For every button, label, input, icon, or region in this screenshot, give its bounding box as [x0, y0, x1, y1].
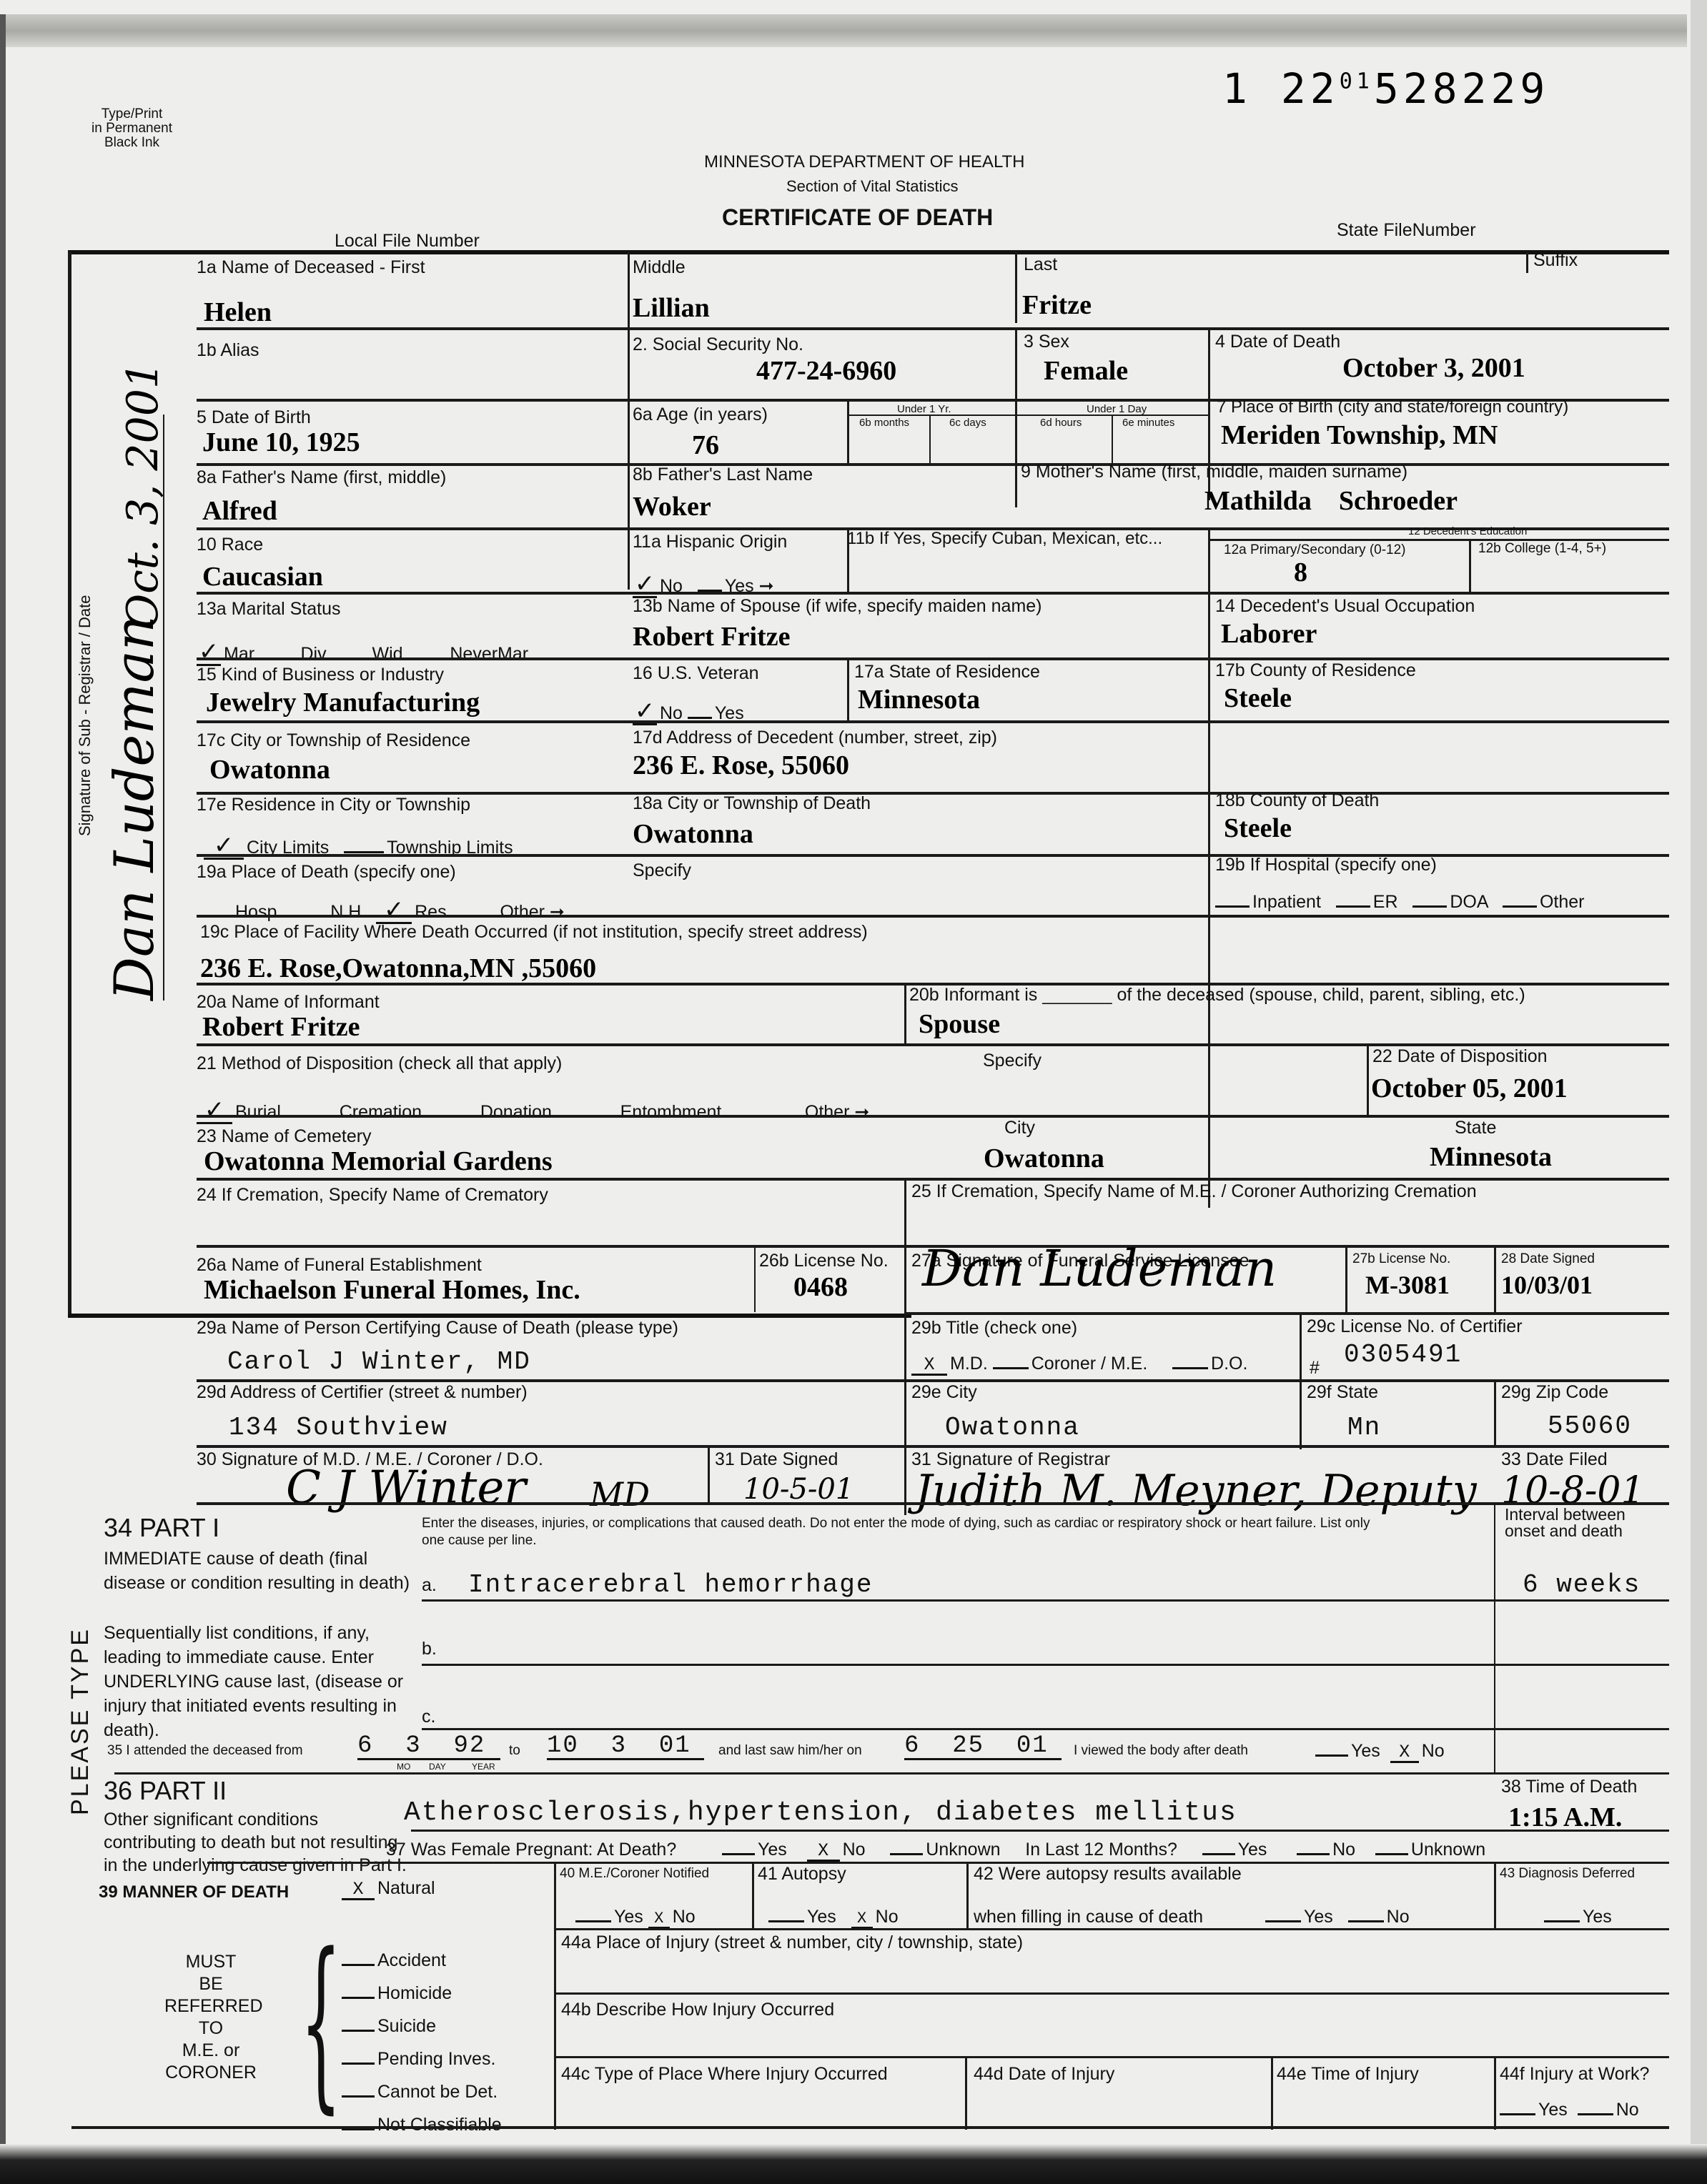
informant-name-field[interactable]: Robert Fritze — [202, 1013, 360, 1041]
f19c-label: 19c Place of Facility Where Death Occurr… — [200, 923, 868, 941]
f8a-label: 8a Father's Name (first, middle) — [197, 469, 446, 487]
f24-label: 24 If Cremation, Specify Name of Cremato… — [197, 1186, 548, 1204]
date-part: 6 — [904, 1732, 920, 1759]
certifier-address-field[interactable]: 134 Southview — [229, 1415, 448, 1441]
f29f-label: 29f State — [1307, 1384, 1378, 1401]
f44f-label: 44f Injury at Work? — [1500, 2065, 1649, 2083]
option-label: Unknown — [1411, 1840, 1485, 1860]
doa-checkbox[interactable] — [1412, 905, 1447, 908]
part-two-title: 36 PART II — [104, 1778, 227, 1804]
hours-label: 6d hours — [1040, 417, 1082, 428]
option-label: Unknown — [926, 1840, 1000, 1860]
natural-checkbox[interactable]: X — [342, 1880, 375, 1900]
viewed-body-label: I viewed the body after death — [1074, 1744, 1248, 1757]
f40-label: 40 M.E./Coroner Notified — [560, 1867, 709, 1880]
f9-label: 9 Mother's Name (first, middle, maiden s… — [1021, 463, 1407, 481]
middle-label: Middle — [633, 259, 686, 277]
option-label: Div. — [300, 644, 330, 664]
work-yes-checkbox[interactable] — [1500, 2113, 1535, 2115]
pregnancy-options: Yes XNo Unknown In Last 12 Months? Yes N… — [722, 1841, 1485, 1862]
f13b-label: 13b Name of Spouse (if wife, specify mai… — [633, 597, 1042, 615]
f38-label: 38 Time of Death — [1501, 1778, 1637, 1796]
f14-label: 14 Decedent's Usual Occupation — [1215, 597, 1475, 615]
state-file-number-label: State FileNumber — [1337, 222, 1476, 239]
time-of-death-field[interactable]: 1:15 A.M. — [1508, 1804, 1622, 1831]
attended-label: 35 I attended the deceased from — [107, 1744, 303, 1757]
f25-label: 25 If Cremation, Specify Name of M.E. / … — [911, 1183, 1477, 1201]
row-line — [197, 854, 1669, 857]
do-checkbox[interactable] — [1172, 1367, 1208, 1369]
f41-label: 41 Autopsy — [758, 1865, 846, 1883]
last12-no-checkbox[interactable] — [1297, 1853, 1330, 1855]
f29a-label: 29a Name of Person Certifying Cause of D… — [197, 1319, 678, 1337]
suffix-label: Suffix — [1533, 252, 1578, 269]
divider — [1494, 2056, 1496, 2130]
injury-at-work-options: Yes No — [1500, 2101, 1639, 2119]
certifier-name-field[interactable]: Carol J Winter, MD — [227, 1349, 531, 1375]
f44b-label: 44b Describe How Injury Occurred — [561, 2001, 834, 2019]
state-of-residence-field[interactable]: Minnesota — [858, 686, 980, 713]
f26a-label: 26a Name of Funeral Establishment — [197, 1256, 482, 1274]
f44d-label: 44d Date of Injury — [974, 2065, 1114, 2083]
local-file-number-label: Local File Number — [335, 232, 480, 250]
option-label: Yes — [614, 1907, 643, 1927]
date-part: 3 — [405, 1732, 421, 1759]
f20a-label: 20a Name of Informant — [197, 993, 380, 1011]
option-label: Other — [805, 1102, 850, 1122]
f13a-label: 13a Marital Status — [197, 600, 341, 618]
option-label: Mar. — [224, 644, 259, 664]
instruction-line: Type/Print — [91, 107, 172, 121]
hospital-options: Inpatient ER DOA Other — [1215, 893, 1585, 911]
f44a-label: 44a Place of Injury (street & number, ci… — [561, 1934, 1023, 1952]
under-1yr-label: Under 1 Yr. — [897, 404, 951, 415]
autopsy-results-options: Yes No — [1265, 1908, 1410, 1926]
divider — [1494, 1381, 1496, 1447]
f11a-label: 11a Hispanic Origin — [633, 533, 787, 551]
other-conditions-field[interactable]: Atherosclerosis,hypertension, diabetes m… — [404, 1800, 1237, 1827]
part-one-immediate-desc: IMMEDIATE cause of death (final disease … — [104, 1547, 418, 1595]
autopsy-results-sub: when filling in cause of death — [974, 1908, 1203, 1926]
option-label: Cremation — [340, 1102, 422, 1122]
brace-icon: { — [300, 1930, 342, 2115]
divider — [847, 400, 849, 465]
option-label: Donation — [480, 1102, 552, 1122]
coroner-yes-checkbox[interactable] — [575, 1920, 611, 1922]
f12a-label: 12a Primary/Secondary (0-12) — [1224, 543, 1406, 557]
cemetery-name-field[interactable]: Owatonna Memorial Gardens — [204, 1148, 553, 1175]
f19a-label: 19a Place of Death (specify one) — [197, 863, 456, 881]
row-line — [554, 1928, 1669, 1930]
spouse-name-field[interactable]: Robert Fritze — [633, 623, 791, 650]
age-field[interactable]: 76 — [692, 432, 719, 459]
under-1day-label: Under 1 Day — [1087, 404, 1147, 415]
f16-label: 16 U.S. Veteran — [633, 665, 759, 682]
divider — [1015, 329, 1017, 507]
last-name-field[interactable]: Fritze — [1022, 292, 1092, 319]
option-label: D.O. — [1211, 1354, 1247, 1374]
option-label: Other — [500, 902, 545, 922]
cannot-determine-checkbox[interactable] — [342, 2095, 375, 2098]
date-part: 25 — [952, 1732, 984, 1759]
row-line — [411, 1830, 1494, 1832]
middle-name-field[interactable]: Lillian — [633, 294, 710, 322]
title-options: XM.D. Coroner / M.E. D.O. — [911, 1355, 1247, 1376]
f29d-label: 29d Address of Certifier (street & numbe… — [197, 1384, 528, 1401]
to-label: to — [509, 1744, 520, 1757]
f26b-label: 26b License No. — [759, 1252, 889, 1270]
option-label: Yes — [1351, 1741, 1380, 1761]
instruction-line: Black Ink — [91, 136, 172, 150]
row-line — [197, 915, 1669, 918]
f5-label: 5 Date of Birth — [197, 409, 311, 427]
f29g-label: 29g Zip Code — [1501, 1384, 1608, 1401]
date-of-death-field[interactable]: October 3, 2001 — [1342, 354, 1525, 382]
page-title: CERTIFICATE OF DEATH — [722, 204, 993, 231]
f2-label: 2. Social Security No. — [633, 336, 803, 354]
cause-a-field[interactable]: Intracerebral hemorrhage — [468, 1572, 873, 1598]
viewed-body-options: Yes XNo — [1315, 1742, 1445, 1763]
informant-relationship-field[interactable]: Spouse — [919, 1011, 1000, 1038]
divider — [628, 329, 630, 590]
f17b-label: 17b County of Residence — [1215, 662, 1416, 680]
divider — [965, 2056, 967, 2130]
f28-label: 28 Date Signed — [1501, 1252, 1595, 1266]
form-left-border — [68, 252, 71, 1316]
divider — [1469, 539, 1471, 593]
f7-label: 7 Place of Birth (city and state/foreign… — [1217, 399, 1568, 416]
occupation-field[interactable]: Laborer — [1221, 620, 1317, 647]
referral-note: MUST BE REFERRED TO M.E. or CORONER — [164, 1951, 257, 2084]
option-label: Hosp. — [235, 902, 282, 922]
pregnant-unknown-checkbox[interactable] — [890, 1853, 923, 1855]
divider — [1271, 2056, 1273, 2130]
form-bottom-line — [71, 2126, 1669, 2129]
arrow-right-icon: ➞ — [550, 902, 565, 922]
last-saw-field[interactable]: 6 25 01 — [904, 1734, 1062, 1760]
option-label: Inpatient — [1252, 892, 1321, 912]
row-line — [197, 592, 1669, 595]
city-of-death-field[interactable]: Owatonna — [633, 820, 753, 848]
last-label: Last — [1024, 256, 1057, 274]
divider — [1494, 1862, 1496, 1930]
part-one-sequential-desc: Sequentially list conditions, if any, le… — [104, 1621, 418, 1742]
divider — [1112, 416, 1113, 465]
inpatient-checkbox[interactable] — [1215, 905, 1250, 908]
suicide-checkbox[interactable] — [342, 2030, 375, 2032]
business-industry-field[interactable]: Jewelry Manufacturing — [206, 689, 480, 716]
arrow-right-icon: ➞ — [854, 1102, 869, 1122]
divider — [1494, 1247, 1496, 1312]
autopsy-no-checkbox[interactable]: X — [851, 1911, 873, 1929]
work-no-checkbox[interactable] — [1578, 2113, 1613, 2115]
part-one-title: 34 PART I — [104, 1515, 219, 1541]
row-line — [197, 1178, 1669, 1181]
results-no-checkbox[interactable] — [1348, 1920, 1384, 1922]
f6a-label: 6a Age (in years) — [633, 406, 768, 424]
divider — [752, 1862, 754, 1930]
date-of-birth-field[interactable]: June 10, 1925 — [202, 429, 360, 456]
date-of-disposition-field[interactable]: October 05, 2001 — [1371, 1075, 1568, 1102]
f21-label: 21 Method of Disposition (check all that… — [197, 1055, 562, 1073]
divider — [904, 1179, 906, 1515]
referral-line: M.E. or — [164, 2040, 257, 2062]
disposition-options: ✓Burial Cremation Donation Entombment Ot… — [197, 1098, 869, 1124]
scan-edge-left — [0, 14, 6, 2184]
date-part: 01 — [659, 1732, 691, 1759]
burial-checkbox[interactable]: ✓ — [197, 1098, 232, 1124]
referral-line: CORONER — [164, 2062, 257, 2084]
f19a-specify-label: Specify — [633, 862, 691, 880]
referral-line: MUST — [164, 1951, 257, 1973]
f11b-label: 11b If Yes, Specify Cuban, Mexican, etc.… — [847, 530, 1162, 547]
minutes-label: 6e minutes — [1122, 417, 1174, 428]
f19b-label: 19b If Hospital (specify one) — [1215, 856, 1437, 874]
cause-a-letter: a. — [422, 1577, 437, 1594]
f43-label: 43 Diagnosis Deferred — [1500, 1867, 1635, 1880]
facility-address-field[interactable]: 236 E. Rose,Owatonna,MN ,55060 — [200, 955, 596, 982]
row-line — [554, 1992, 1669, 1995]
referral-line: REFERRED — [164, 1995, 257, 2017]
cemetery-state-label: State — [1455, 1119, 1496, 1137]
row-line — [197, 327, 1669, 330]
option-label: No — [1616, 2100, 1639, 2120]
divider — [628, 252, 630, 329]
funeral-licensee-signature: Dan Ludeman — [922, 1244, 1277, 1294]
veteran-yes-checkbox[interactable] — [688, 717, 712, 719]
option-label: Yes — [1238, 1840, 1267, 1860]
attended-to-field[interactable]: 10 3 01 — [547, 1734, 704, 1760]
row-line — [197, 1445, 1669, 1448]
f42-label: 42 Were autopsy results available — [974, 1865, 1242, 1883]
row-line — [1494, 1830, 1669, 1832]
f1b-label: 1b Alias — [197, 342, 259, 359]
viewed-yes-checkbox[interactable] — [1315, 1754, 1348, 1757]
coroner-checkbox[interactable] — [993, 1367, 1029, 1369]
place-of-birth-field[interactable]: Meriden Township, MN — [1221, 422, 1498, 449]
funeral-license-field[interactable]: 0468 — [793, 1274, 848, 1301]
f10-label: 10 Race — [197, 536, 263, 554]
option-label: Yes — [1583, 1907, 1612, 1927]
option-label: Res. — [415, 902, 451, 922]
divider — [708, 1445, 710, 1504]
row-line — [197, 1115, 1669, 1118]
sub-line — [847, 415, 1208, 416]
option-label: Yes — [1538, 2100, 1568, 2120]
option-label: Burial — [235, 1102, 281, 1122]
f17a-label: 17a State of Residence — [854, 663, 1040, 681]
date-part: 92 — [453, 1732, 485, 1759]
ssn-field[interactable]: 477-24-6960 — [756, 357, 896, 384]
certifier-date-signed: 10-5-01 — [743, 1475, 853, 1504]
option-label: No — [673, 1907, 696, 1927]
scan-shadow-top — [0, 14, 1687, 47]
option-label: Suicide — [377, 2016, 436, 2036]
township-limits-checkbox[interactable] — [344, 851, 384, 853]
certifier-city-field[interactable]: Owatonna — [945, 1415, 1080, 1441]
last12-unknown-checkbox[interactable] — [1375, 1853, 1408, 1855]
option-label: Cannot be Det. — [377, 2082, 498, 2102]
option-label: No — [1422, 1741, 1445, 1761]
f4-label: 4 Date of Death — [1215, 333, 1340, 351]
registrar-signature-line — [163, 415, 164, 1001]
licensee-license-field[interactable]: M-3081 — [1365, 1272, 1450, 1298]
row-line — [197, 1502, 1669, 1505]
row-line — [904, 1312, 1669, 1315]
county-of-death-field[interactable]: Steele — [1224, 815, 1292, 842]
option-label: Homicide — [377, 1983, 452, 2003]
cemetery-city-field[interactable]: Owatonna — [984, 1145, 1104, 1172]
section-name: Section of Vital Statistics — [786, 179, 959, 194]
date-part: 10 — [547, 1732, 579, 1759]
md-checkbox[interactable]: X — [911, 1356, 947, 1376]
education-primary-field[interactable]: 8 — [1294, 559, 1307, 586]
f31-date-label: 31 Date Signed — [715, 1451, 838, 1469]
f44e-label: 44e Time of Injury — [1277, 2065, 1419, 2083]
option-label: Entombment — [620, 1102, 722, 1122]
date-part: 3 — [611, 1732, 627, 1759]
f12b-label: 12b College (1-4, 5+) — [1478, 542, 1606, 555]
coroner-no-checkbox[interactable]: X — [648, 1911, 670, 1929]
f22-label: 22 Date of Disposition — [1372, 1048, 1548, 1066]
divider — [929, 416, 931, 465]
sex-field[interactable]: Female — [1044, 357, 1128, 384]
option-label: Wid. — [372, 644, 408, 664]
option-label: No — [876, 1907, 899, 1927]
mother-name-field[interactable]: Mathilda Schroeder — [1204, 487, 1458, 515]
option-label: No — [843, 1840, 866, 1860]
hash-icon: # — [1310, 1359, 1320, 1377]
attended-from-field[interactable]: 6 3 92 — [357, 1734, 500, 1760]
divider — [554, 1862, 556, 2130]
city-of-residence-field[interactable]: Owatonna — [209, 756, 330, 783]
f29c-label: 29c License No. of Certifier — [1307, 1318, 1523, 1336]
accident-checkbox[interactable] — [342, 1964, 375, 1966]
f37-label: 37 Was Female Pregnant: At Death? — [386, 1841, 676, 1859]
date-part: 01 — [1016, 1732, 1049, 1759]
diagnosis-deferred-option: Yes — [1544, 1908, 1612, 1926]
f44c-label: 44c Type of Place Where Injury Occurred — [561, 2065, 888, 2083]
option-label: Coroner / M.E. — [1031, 1354, 1148, 1374]
part-two-desc: Other significant conditions contributin… — [104, 1808, 411, 1877]
cemetery-city-label: City — [1004, 1119, 1035, 1137]
interval-a-field[interactable]: 6 weeks — [1523, 1572, 1641, 1598]
father-first-name-field[interactable]: Alfred — [202, 497, 277, 525]
option-label: No — [1387, 1907, 1410, 1927]
hospital-other-checkbox[interactable] — [1503, 905, 1537, 908]
f27b-label: 27b License No. — [1352, 1252, 1450, 1266]
res-checkbox[interactable]: ✓ — [376, 898, 412, 924]
homicide-checkbox[interactable] — [342, 1997, 375, 1999]
divider — [1494, 1502, 1495, 1774]
day-sublabel: DAY — [429, 1762, 446, 1771]
county-of-residence-field[interactable]: Steele — [1224, 685, 1292, 712]
f21-specify-label: Specify — [983, 1052, 1041, 1070]
row-line — [207, 1862, 1669, 1864]
race-field[interactable]: Caucasian — [202, 563, 323, 590]
marital-options: ✓Mar. Div. Wid. NeverMar. — [197, 640, 533, 666]
option-label: N.H. — [330, 902, 366, 922]
cause-line — [422, 1664, 1669, 1666]
pregnant-no-checkbox[interactable]: X — [807, 1842, 840, 1862]
autopsy-options: Yes XNo — [768, 1908, 899, 1929]
marital-mar-checkbox[interactable]: ✓ — [197, 640, 221, 666]
part-one-instruction: Enter the diseases, injuries, or complic… — [422, 1515, 1372, 1549]
deferred-yes-checkbox[interactable] — [1544, 1920, 1580, 1922]
f20b-label: 20b Informant is _______ of the deceased… — [909, 986, 1525, 1004]
year-sublabel: YEAR — [472, 1762, 495, 1771]
autopsy-yes-checkbox[interactable] — [768, 1920, 804, 1922]
certifier-zip-field[interactable]: 55060 — [1548, 1414, 1632, 1439]
option-label: DOA — [1450, 892, 1488, 912]
f18b-label: 18b County of Death — [1215, 792, 1379, 810]
option-label: Accident — [377, 1950, 446, 1970]
option-label: Pending Inves. — [377, 2049, 495, 2069]
coroner-notified-options: Yes XNo — [575, 1908, 696, 1929]
divider — [1367, 1045, 1369, 1115]
divider — [1015, 252, 1017, 323]
registrar-signature-main: Judith M. Meyner, Deputy — [915, 1469, 1477, 1512]
funeral-establishment-field[interactable]: Michaelson Funeral Homes, Inc. — [204, 1276, 580, 1304]
option-label: Yes — [807, 1907, 836, 1927]
referral-line: TO — [164, 2017, 257, 2040]
row-line — [197, 657, 1669, 660]
natural-option: XNatural — [342, 1880, 435, 1900]
date-signed-funeral-field[interactable]: 10/03/01 — [1501, 1272, 1593, 1298]
last12-yes-checkbox[interactable] — [1202, 1853, 1235, 1855]
cemetery-state-field[interactable]: Minnesota — [1430, 1143, 1552, 1171]
option-label: Yes — [1304, 1907, 1333, 1927]
f23-label: 23 Name of Cemetery — [197, 1128, 372, 1146]
f17c-label: 17c City or Township of Residence — [197, 732, 470, 750]
row-line — [197, 720, 1669, 723]
divider — [1526, 252, 1528, 273]
pregnant-yes-checkbox[interactable] — [722, 1853, 755, 1855]
er-checkbox[interactable] — [1336, 905, 1370, 908]
option-label: Yes — [758, 1840, 787, 1860]
registrar-date: Oct. 3, 2001 — [122, 362, 164, 629]
f3-label: 3 Sex — [1024, 333, 1069, 351]
certifier-license-field[interactable]: 0305491 — [1344, 1342, 1462, 1368]
scan-shadow-bottom — [0, 2144, 1707, 2184]
ink-instruction: Type/Print in Permanent Black Ink — [91, 107, 172, 150]
manner-options: Accident Homicide Suicide Pending Inves.… — [342, 1944, 502, 2141]
viewed-no-checkbox[interactable]: X — [1390, 1743, 1419, 1763]
cause-line — [422, 1599, 1669, 1602]
scan-edge-right — [1691, 0, 1707, 2184]
row-line — [197, 463, 1669, 466]
results-yes-checkbox[interactable] — [1265, 1920, 1301, 1922]
department-name: MINNESOTA DEPARTMENT OF HEALTH — [704, 154, 1025, 171]
certifier-state-field[interactable]: Mn — [1347, 1415, 1381, 1441]
row-line — [114, 1772, 1669, 1774]
divider — [847, 659, 849, 722]
option-label: Not Classifiable — [377, 2115, 502, 2135]
first-name-field[interactable]: Helen — [204, 299, 272, 326]
f39-label: 39 MANNER OF DEATH — [99, 1884, 289, 1901]
f33-label: 33 Date Filed — [1501, 1451, 1608, 1469]
decedent-address-field[interactable]: 236 E. Rose, 55060 — [633, 752, 849, 779]
certifier-signature-suffix: MD — [590, 1478, 650, 1511]
father-last-name-field[interactable]: Woker — [633, 493, 711, 520]
form-top-border — [68, 250, 1669, 254]
option-label: ER — [1373, 892, 1398, 912]
f29b-label: 29b Title (check one) — [911, 1319, 1077, 1337]
pending-checkbox[interactable] — [342, 2063, 375, 2065]
divider — [966, 1862, 969, 1930]
row-line — [554, 2056, 1669, 2058]
f8b-label: 8b Father's Last Name — [633, 466, 813, 484]
